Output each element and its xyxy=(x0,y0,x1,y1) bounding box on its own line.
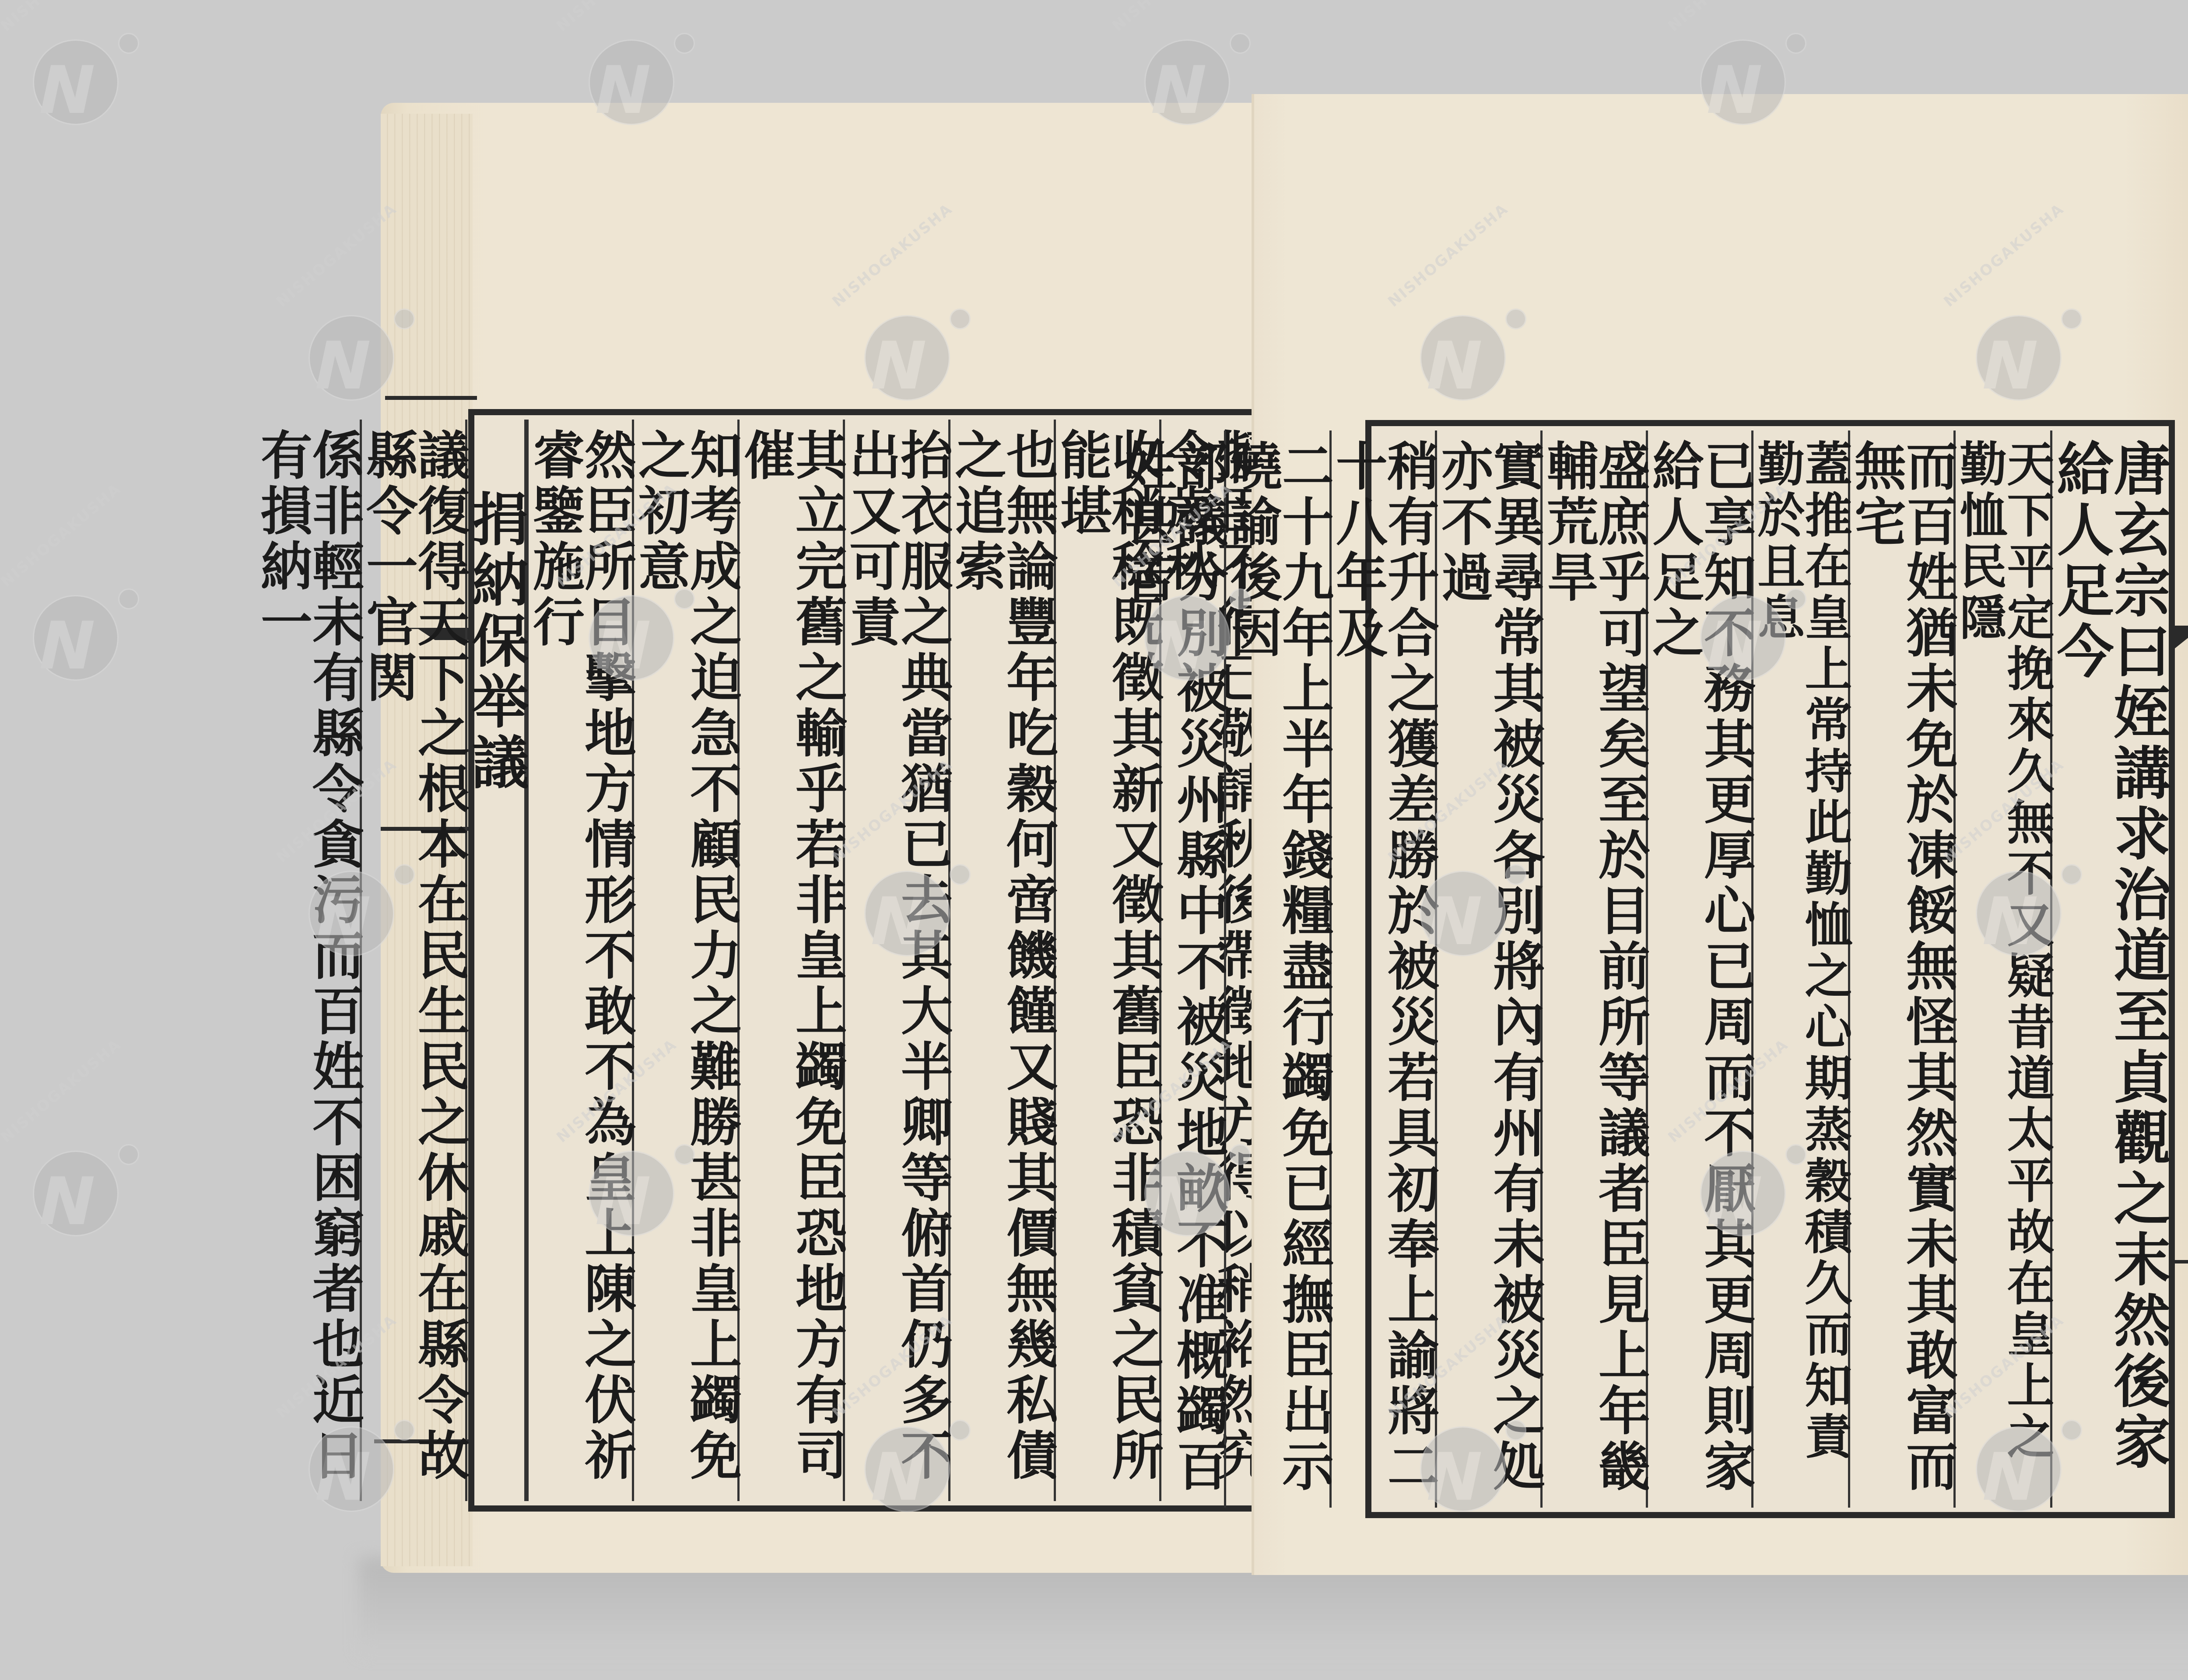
right-column-10: 部議分別被災州縣中不被災地畝不准概蠲百姓甚苦 xyxy=(1121,430,1224,1508)
left-column-11: 係非輕未有縣令貪污而百姓不困窮者也近日有損納一 xyxy=(256,420,360,1501)
right-column-1-title: 唐玄宗曰姪講求治道至貞觀之末然後家給人足今 xyxy=(2050,430,2166,1508)
binding-stitch-top xyxy=(385,396,477,400)
left-column-5: 其立完舊之輸乎若非皇上蠲免臣恐地方有司催 xyxy=(737,420,843,1501)
section-heading: 捐納保举議 xyxy=(465,420,524,1501)
nishogakusha-logo-icon: NNISHOGAKUSHA xyxy=(9,9,140,140)
left-column-10: 議復得天下之根本在民生民之休戚在縣令故縣令一官関 xyxy=(360,420,465,1501)
left-column-6: 知考成之迫急不顧民力之難勝甚非皇上蠲免之初意 xyxy=(632,420,737,1501)
nishogakusha-logo-icon: NNISHOGAKUSHA xyxy=(9,564,140,696)
left-column-4: 抬衣服之典當猶已去其大半卿等俯首仍多不出又可責 xyxy=(843,420,948,1501)
right-column-9: 二十九年上半年錢糧盡行蠲免已經撫臣出示曉諭後因 xyxy=(1224,430,1329,1508)
nishogakusha-logo-icon: NNISHOGAKUSHA xyxy=(9,1120,140,1251)
right-column-4: 蓋推在皇上常持此勤恤之心期蒸穀積久而知責勤於且息 xyxy=(1751,430,1848,1508)
right-column-7: 實異尋常其被災各別將內有州有未被災之処亦不過 xyxy=(1435,430,1540,1508)
right-column-5: 已享知不務其更厚心已周而不厭其更周則家給人足之 xyxy=(1646,430,1751,1508)
right-column-8: 稍有升合之獲差勝於被災若具初奉上諭將二十八年及 xyxy=(1329,430,1435,1508)
right-page-text-frame: 唐玄宗曰姪講求治道至貞觀之末然後家給人足今 天下平定挽來久無不又疑昔道太平故在皇… xyxy=(1365,420,2175,1518)
right-column-3: 而百姓猶未免於凍餒無怪其然實未其敢富而無宅 xyxy=(1848,430,1953,1508)
left-column-3: 也無論豐年吃穀何啻饑饉又賤其價無幾私債之追索 xyxy=(948,420,1054,1501)
right-column-2: 天下平定挽來久無不又疑昔道太平故在皇上之勤恤民隱 xyxy=(1953,430,2050,1508)
left-column-7: 然臣所目擊地方情形不敢不為皇上陳之伏祈睿鑒施行 xyxy=(526,420,632,1501)
right-column-6: 盛庶乎可望矣至於目前所等議者臣見上年畿輔荒旱 xyxy=(1540,430,1646,1508)
